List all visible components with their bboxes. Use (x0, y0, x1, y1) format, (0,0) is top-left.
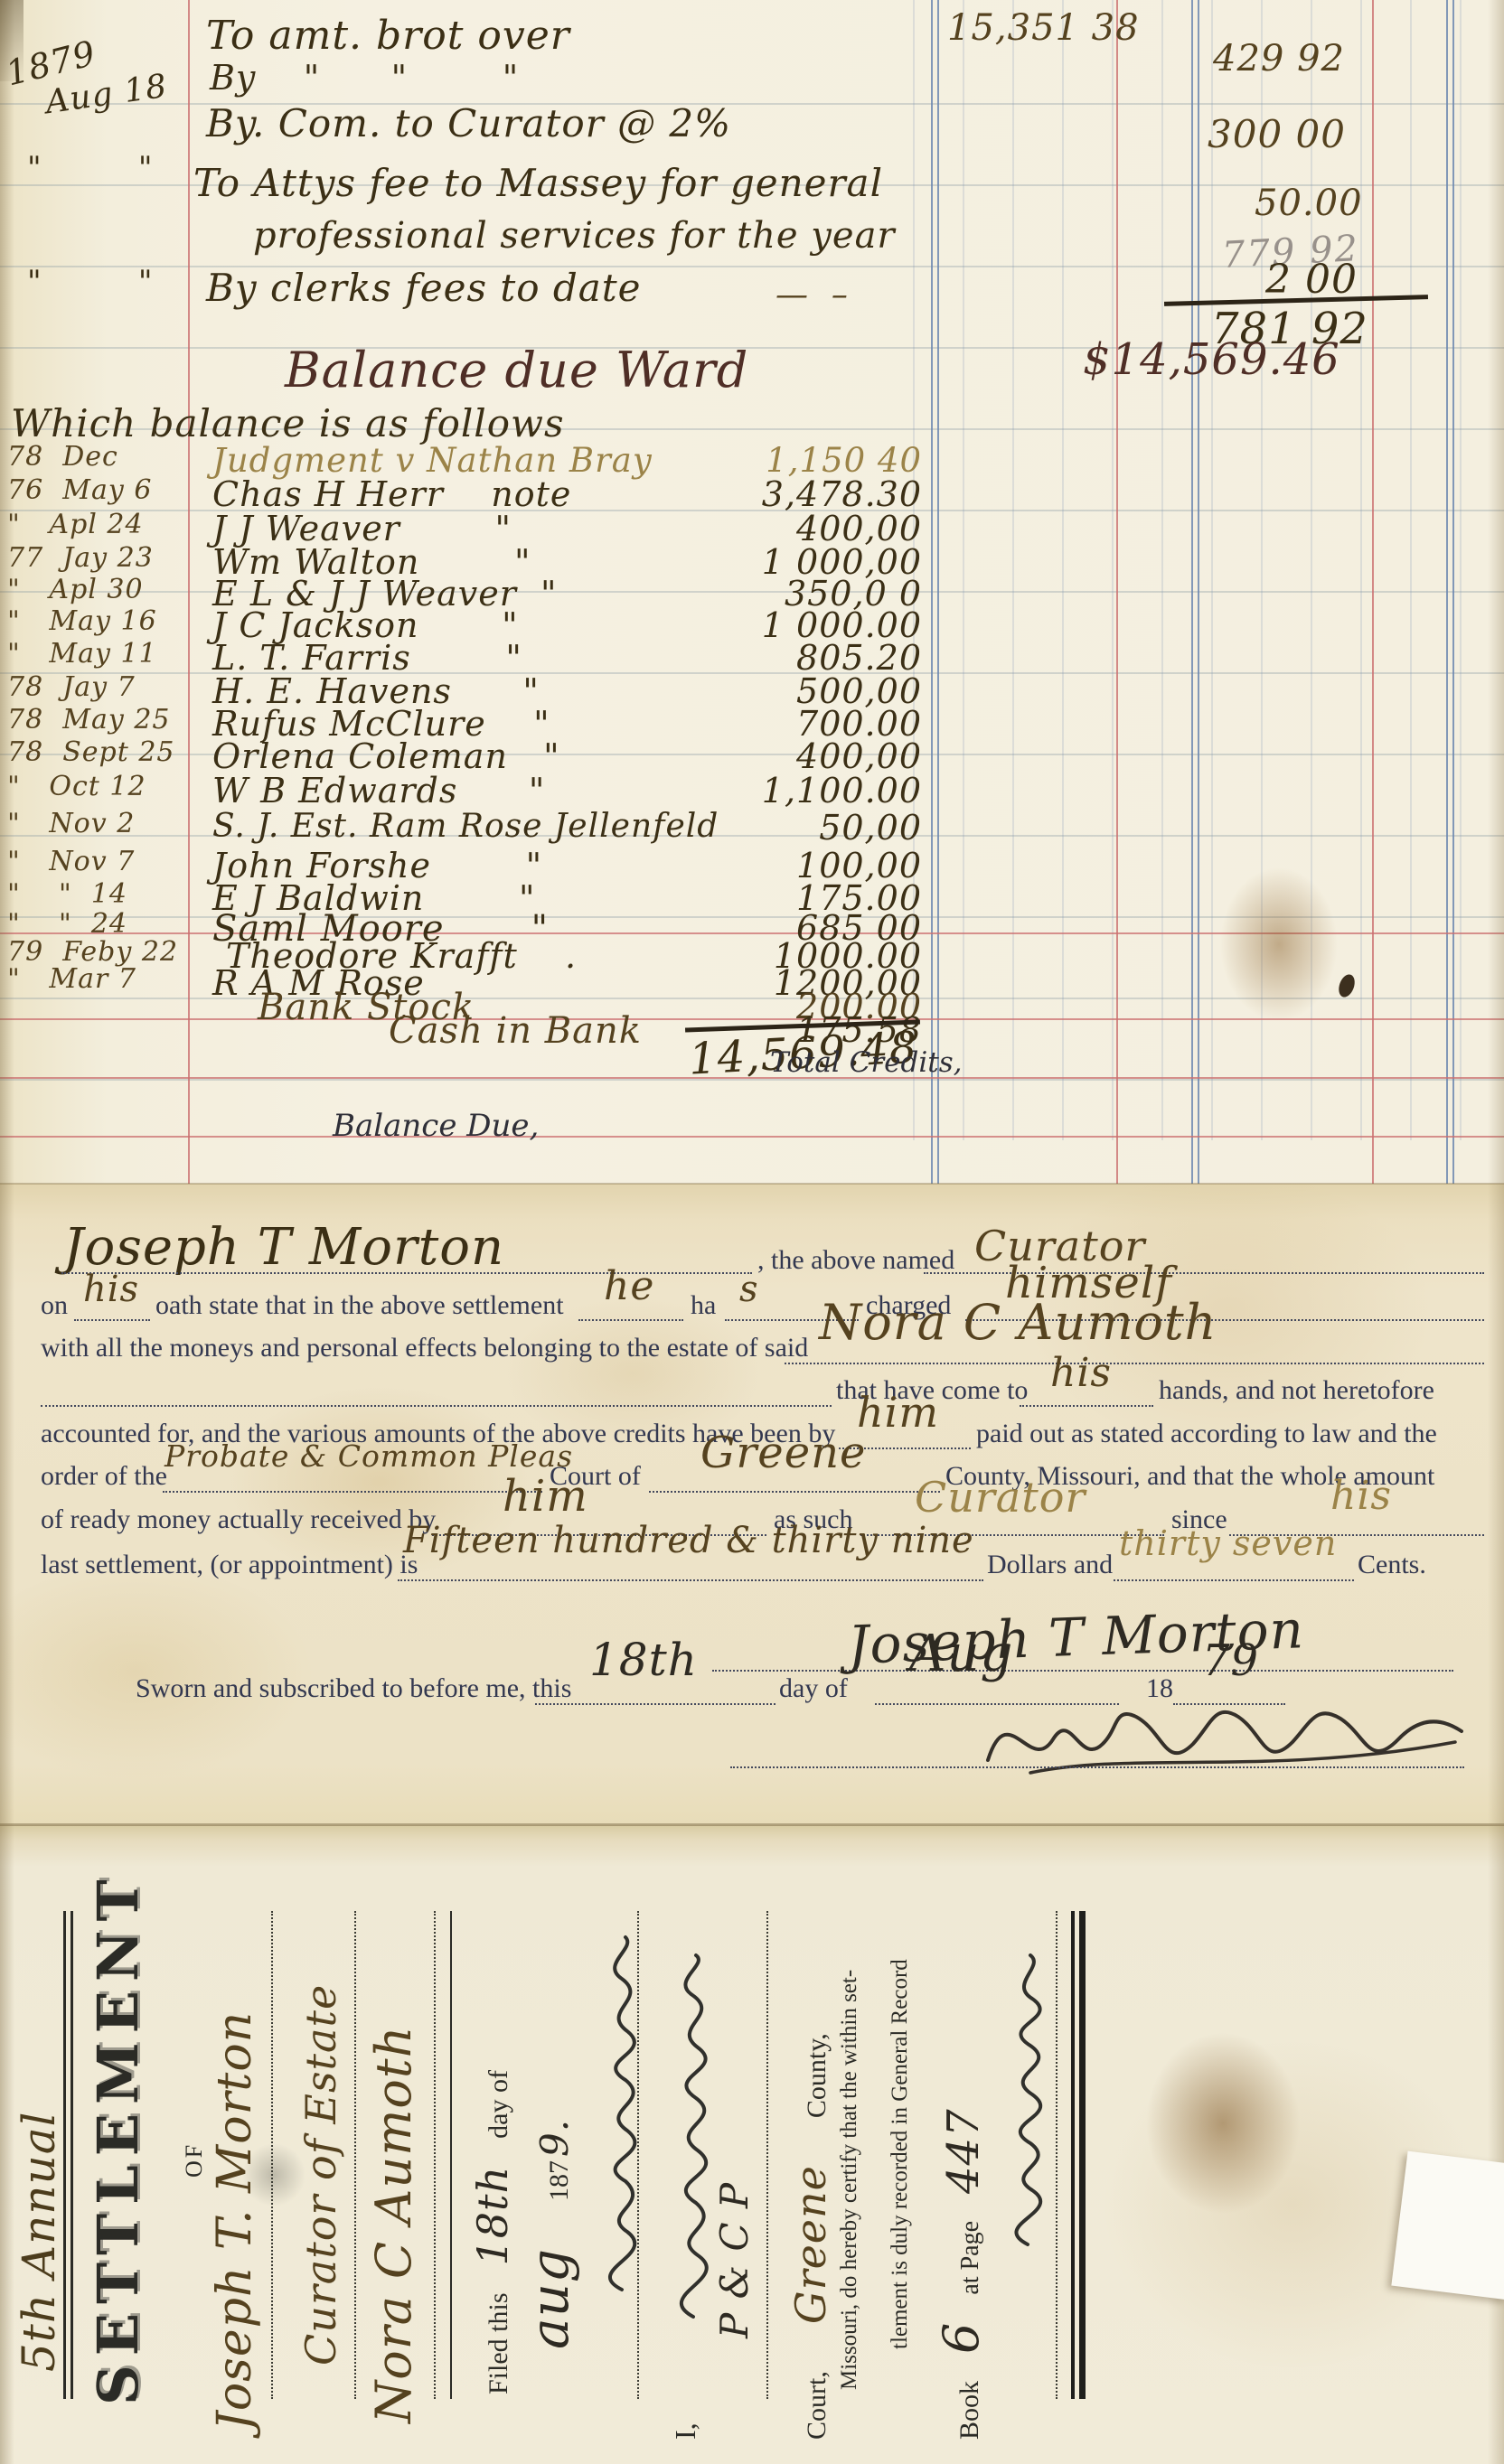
notary-line (730, 1766, 1464, 1768)
credit-row: 78 Dec Judgment v Nathan Bray 1,150 40 (0, 441, 1504, 477)
year-digit-hw: 9. (532, 2119, 577, 2157)
greene-hw: Greene (700, 1428, 866, 1478)
docket-dotted-rule (1056, 1911, 1057, 2399)
fill-line (41, 1405, 832, 1407)
docket-double-rule (63, 1911, 66, 2399)
docket-of: OF (181, 2142, 208, 2178)
ledger-entry-commission: By. Com. to Curator @ 2% (206, 101, 731, 145)
him-hw: him (857, 1388, 939, 1437)
docket-estate-name: Nora C Aumoth (365, 2026, 422, 2423)
left-page-edge (0, 0, 14, 2464)
curator-hw: Curator (915, 1473, 1086, 1522)
day-of-label: day of (484, 2070, 513, 2139)
credit-row: " May 16 J C Jackson " 1 000.00 (0, 605, 1504, 642)
credit-date: 77 Jay 23 (7, 542, 154, 574)
credit-name: W B Edwards " (212, 771, 545, 810)
clerk-signature-flourish (978, 1952, 1077, 2250)
credit-date: " " 24 (7, 908, 127, 940)
credit-amount: 1,100.00 (624, 771, 922, 810)
filed-this-label: Filed this (484, 2292, 513, 2394)
docket-dotted-rule (271, 1911, 273, 2399)
credit-row: " Oct 12 W B Edwards " 1,100.00 (0, 771, 1504, 807)
printed-last-settlement: last settlement, (or appointment) is (41, 1550, 418, 1580)
ledger-amount-50: 50.00 (1255, 183, 1363, 224)
printed-paid-out: paid out as stated according to law and … (976, 1419, 1437, 1449)
fill-line (74, 1319, 150, 1321)
fill-line (1114, 1579, 1354, 1581)
balance-due-label: Balance Due, (333, 1108, 539, 1144)
docket-i-label: I, (669, 2422, 702, 2440)
fill-line (398, 1579, 983, 1581)
cents-words-hw: thirty seven (1119, 1523, 1337, 1563)
credit-date: 78 May 25 (7, 704, 171, 735)
credit-row: " Apl 30 E L & J J Weaver " 350,0 0 (0, 574, 1504, 610)
he-hw: he (604, 1263, 654, 1309)
ledger-entry-brot-over: To amt. brot over (206, 13, 570, 59)
ledger-entry-clerk-fees: By clerks fees to date (206, 266, 642, 310)
fold-crease-line (0, 1183, 1504, 1185)
right-page-edge (1488, 0, 1504, 2464)
docket-dotted-rule (766, 1911, 768, 2399)
credit-row: 77 Jay 23 Wm Walton " 1 000,00 (0, 542, 1504, 578)
credit-date: " Apl 24 (7, 509, 144, 540)
his-hw: his (83, 1269, 139, 1310)
credit-row: 78 Jay 7 H. E. Havens " 500,00 (0, 671, 1504, 707)
county-label: County, (802, 2033, 832, 2118)
torn-paper-patch (1391, 2151, 1504, 2300)
ledger-amount-300: 300 00 (1208, 112, 1346, 156)
credit-row: " Nov 7 John Forshe " 100,00 (0, 846, 1504, 882)
printed-oath-state: oath state that in the above settlement (155, 1290, 564, 1321)
printed-order-of-the: order of the (41, 1461, 167, 1492)
printed-ha: ha (691, 1290, 716, 1321)
docket-title: SETTLEMENT (85, 1870, 151, 2405)
docket-annual: 5th Annual (13, 2111, 65, 2372)
credit-row: " Apl 24 J J Weaver " 400,00 (0, 509, 1504, 545)
docket-dotted-rule (637, 1911, 639, 2399)
book-number-hw: 6 (933, 2322, 990, 2354)
total-credits-label: Total Credits, (770, 1046, 963, 1079)
probate-court-hw: Probate & Common Pleas (164, 1438, 573, 1474)
credit-date: " Nov 2 (7, 808, 135, 839)
credit-date: 78 Sept 25 (7, 736, 175, 768)
credit-row: 78 May 25 Rufus McClure " 700.00 (0, 704, 1504, 740)
printed-above-named: , the above named (757, 1245, 954, 1276)
which-balance-line: Which balance is as follows (11, 401, 565, 445)
credit-date: 76 May 6 (7, 474, 152, 506)
s-hw: s (739, 1269, 759, 1310)
docket-filed-line: Filed this 18th day of (468, 2070, 517, 2394)
docket-court-abbr-hw: P & C P (712, 2182, 757, 2338)
signature-line (712, 1670, 1453, 1672)
docket-certify-line-1: Missouri, do hereby certify that the wit… (837, 1970, 862, 2390)
ditto-marks: " " (27, 264, 154, 300)
docket-heavy-rule (1071, 1911, 1075, 2399)
docket-role: Curator of Estate (296, 1984, 345, 2366)
docket-court-line: Court, Greene County, (786, 2033, 835, 2440)
credit-date: " Oct 12 (7, 771, 146, 802)
credit-date: " Nov 7 (7, 846, 135, 877)
ditto-marks: " " (27, 150, 154, 186)
scanned-settlement-document: To amt. brot over 15,351 38 By " " " 429… (0, 0, 1504, 2464)
docket-certify-line-2: tlement is duly recorded in General Reco… (888, 1959, 913, 2349)
credit-row: 78 Sept 25 Orlena Coleman " 400,00 (0, 736, 1504, 773)
credit-date: 78 Dec (7, 441, 118, 473)
fill-line (535, 1703, 775, 1705)
printed-sworn-subscribed: Sworn and subscribed to before me, this (136, 1673, 571, 1704)
printed-of-ready-money: of ready money actually received by (41, 1504, 436, 1535)
county-hw: Greene (786, 2165, 835, 2324)
him-hw: him (503, 1471, 588, 1522)
his-hw: his (1050, 1350, 1112, 1396)
credit-date: " May 16 (7, 605, 157, 637)
ledger-amount-brot-over: 15,351 38 (947, 7, 1140, 49)
court-label: Court, (802, 2371, 832, 2440)
balance-due-ward-label: Balance due Ward (285, 342, 748, 398)
stain (1146, 2033, 1300, 2214)
ledger-entry-by-ditto: By " " " (210, 58, 519, 98)
docket-solid-rule (450, 1911, 452, 2399)
printed-with-all-moneys: with all the moneys and personal effects… (41, 1333, 808, 1363)
his-hw: his (1330, 1473, 1392, 1519)
filed-day-hw: 18th (468, 2166, 517, 2266)
fill-line (578, 1319, 683, 1321)
year-hw: 79 (1202, 1635, 1259, 1686)
printed-dollars-and: Dollars and (987, 1550, 1113, 1580)
fill-line (785, 1363, 1484, 1364)
ledger-amount-2: 2 00 (1265, 257, 1358, 303)
fill-line (649, 1491, 940, 1493)
credit-name: Cash in Bank (389, 1010, 642, 1052)
printed-on: on (41, 1290, 68, 1321)
credit-date: " Apl 30 (7, 574, 144, 605)
red-horizontal-rule (0, 1136, 1504, 1138)
month-hw: Aug (909, 1625, 1013, 1683)
docket-double-rule (70, 1911, 73, 2399)
docket-dotted-rule (354, 1911, 356, 2399)
ledger-entry-attys-fee-2: professional services for the year (253, 215, 896, 257)
credit-date: " " 14 (7, 878, 127, 910)
year-printed: 187 (544, 2160, 574, 2201)
credit-date: " May 11 (7, 638, 157, 670)
docket-dotted-rule (434, 1911, 436, 2399)
dollars-words-hw: Fifteen hundred & thirty nine (403, 1520, 974, 1561)
printed-cents: Cents. (1358, 1550, 1426, 1580)
fill-line (163, 1491, 542, 1493)
docket-heavy-rule (1079, 1911, 1086, 2399)
printed-day-of: day of (779, 1673, 848, 1704)
printed-hands-heretofore: hands, and not heretofore (1159, 1375, 1434, 1406)
estate-name-hw: Nora C Aumoth (819, 1294, 1217, 1351)
credit-row: " May 11 L. T. Farris " 805.20 (0, 638, 1504, 674)
month-hw: aug (519, 2248, 580, 2349)
credit-row: 76 May 6 Chas H Herr note 3,478.30 (0, 474, 1504, 511)
book-label: Book (954, 2381, 984, 2440)
docket-name: Joseph T. Morton (208, 2011, 262, 2431)
docket-date-line: aug 187 9. (519, 2119, 580, 2349)
day-hw: 18th (589, 1634, 698, 1686)
balance-due-ward-amount: $14,569.46 (1083, 334, 1340, 385)
ledger-amount-429: 429 92 (1213, 38, 1345, 80)
ledger-entry-attys-fee: To Attys fee to Massey for general (193, 161, 883, 205)
ledger-dashes: — – (775, 276, 849, 314)
credit-amount: 50,00 (624, 808, 922, 848)
credit-row: " Nov 2 S. J. Est. Ram Rose Jellenfeld 5… (0, 808, 1504, 844)
credit-date: 78 Jay 7 (7, 671, 136, 703)
fill-line (1020, 1405, 1153, 1407)
fold-crease-line (0, 1823, 1504, 1826)
